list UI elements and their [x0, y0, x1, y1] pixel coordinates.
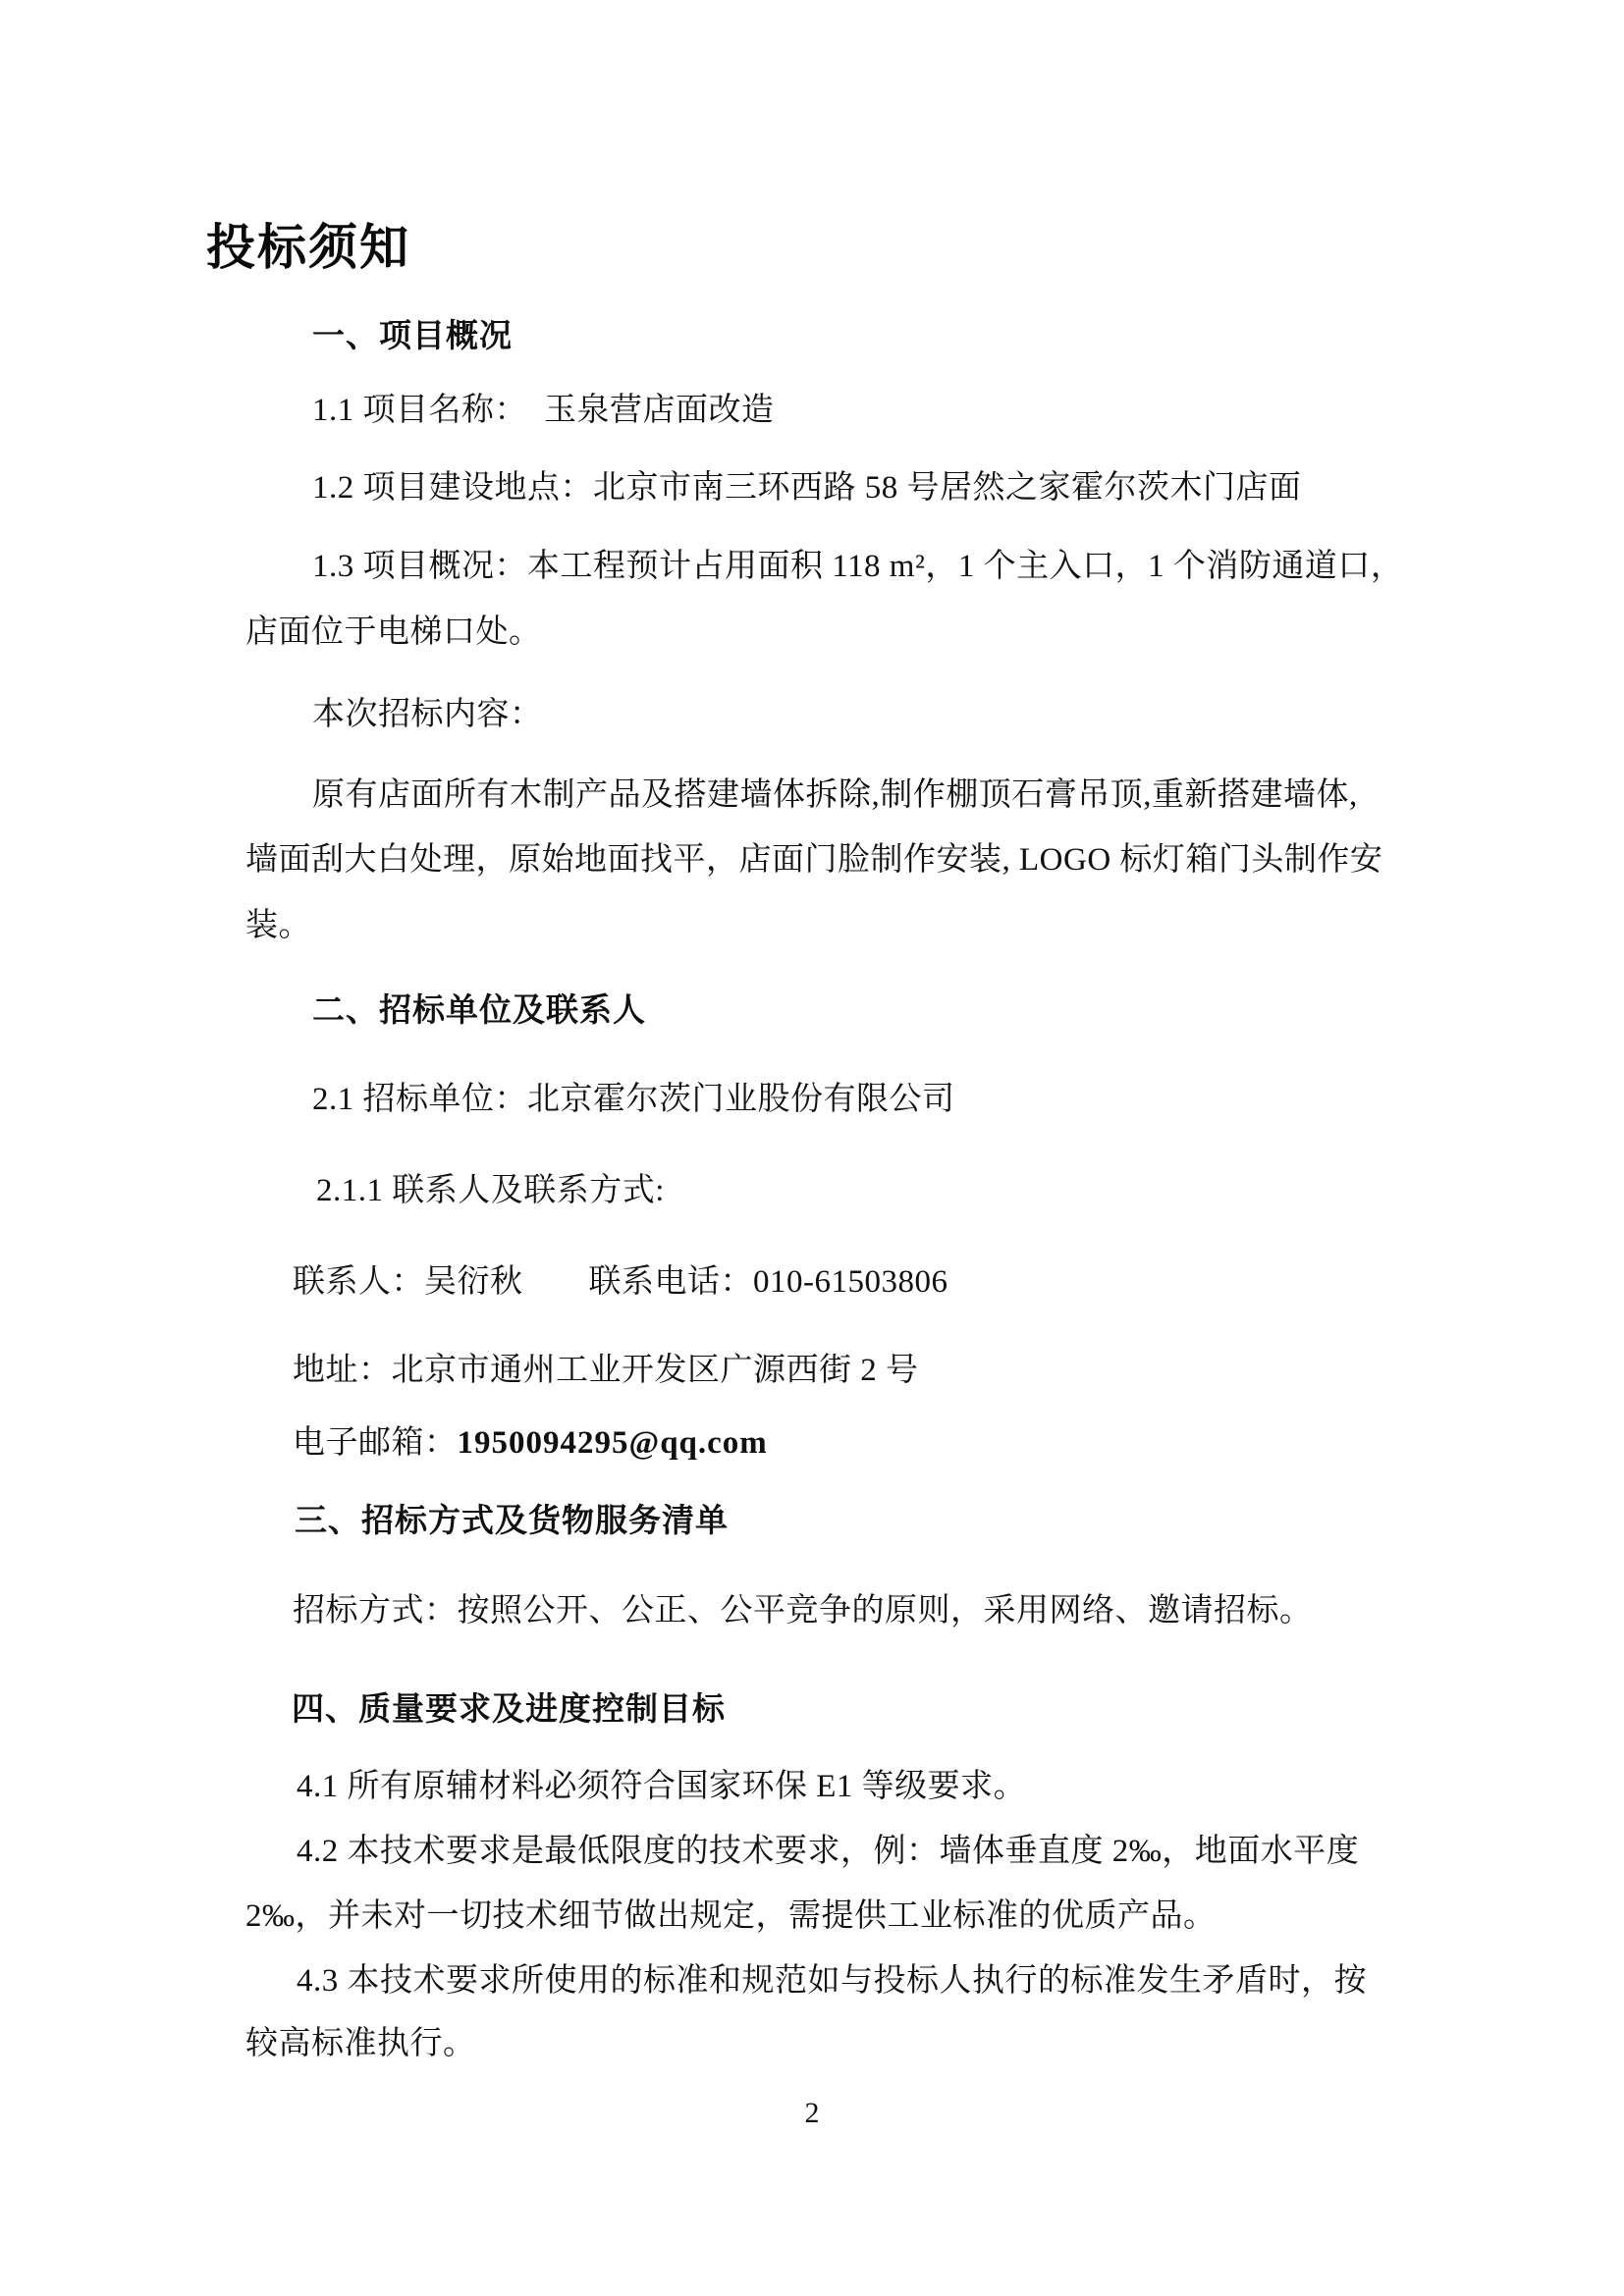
tender-content-label: 本次招标内容： [312, 697, 543, 734]
tender-content-line-3: 装。 [245, 908, 311, 945]
contact-method-heading-line: 2.1.1 联系人及联系方式: [316, 1173, 665, 1210]
page-number: 2 [0, 2097, 1624, 2130]
document-page: 投标须知 一、项目概况 1.1 项目名称： 玉泉营店面改造 1.2 项目建设地点… [0, 0, 1624, 2296]
tender-method-line: 招标方式：按照公开、公正、公平竞争的原则，采用网络、邀请招标。 [293, 1593, 1313, 1630]
project-overview-line-1: 1.3 项目概况：本工程预计占用面积 118 m²，1 个主入口，1 个消防通道… [312, 549, 1403, 586]
email-label: 电子邮箱： [293, 1425, 458, 1461]
tender-unit-line: 2.1 招标单位：北京霍尔茨门业股份有限公司 [312, 1082, 955, 1119]
project-location-line: 1.2 项目建设地点：北京市南三环西路 58 号居然之家霍尔茨木门店面 [312, 470, 1302, 507]
quality-item-4-3-line-2: 较高标准执行。 [245, 2026, 476, 2063]
section-2-heading: 二、招标单位及联系人 [312, 991, 646, 1029]
address-line: 地址：北京市通州工业开发区广源西街 2 号 [293, 1353, 919, 1390]
project-overview-line-2: 店面位于电梯口处。 [245, 614, 542, 652]
tender-content-line-2: 墙面刮大白处理，原始地面找平，店面门脸制作安装, LOGO 标灯箱门头制作安 [245, 842, 1382, 880]
section-4-heading: 四、质量要求及进度控制目标 [292, 1690, 726, 1728]
section-1-heading: 一、项目概况 [312, 317, 513, 354]
quality-item-4-3-line-1: 4.3 本技术要求所使用的标准和规范如与投标人执行的标准发生矛盾时，按 [297, 1963, 1367, 2001]
project-name-line: 1.1 项目名称： 玉泉营店面改造 [312, 393, 775, 430]
quality-item-4-1: 4.1 所有原辅材料必须符合国家环保 E1 等级要求。 [297, 1769, 1026, 1806]
email-line: 电子邮箱：1950094295@qq.com [293, 1425, 768, 1463]
contact-person-line: 联系人：吴衍秋 联系电话：010-61503806 [293, 1264, 948, 1302]
email-value: 1950094295@qq.com [458, 1425, 768, 1461]
tender-content-line-1: 原有店面所有木制产品及搭建墙体拆除,制作棚顶石膏吊顶,重新搭建墙体, [312, 777, 1358, 815]
document-title: 投标须知 [206, 208, 410, 279]
section-3-heading: 三、招标方式及货物服务清单 [295, 1502, 729, 1539]
quality-item-4-2-line-1: 4.2 本技术要求是最低限度的技术要求，例：墙体垂直度 2‰，地面水平度 [297, 1834, 1359, 1871]
quality-item-4-2-line-2: 2‰，并未对一切技术细节做出规定，需提供工业标准的优质产品。 [245, 1898, 1217, 1936]
